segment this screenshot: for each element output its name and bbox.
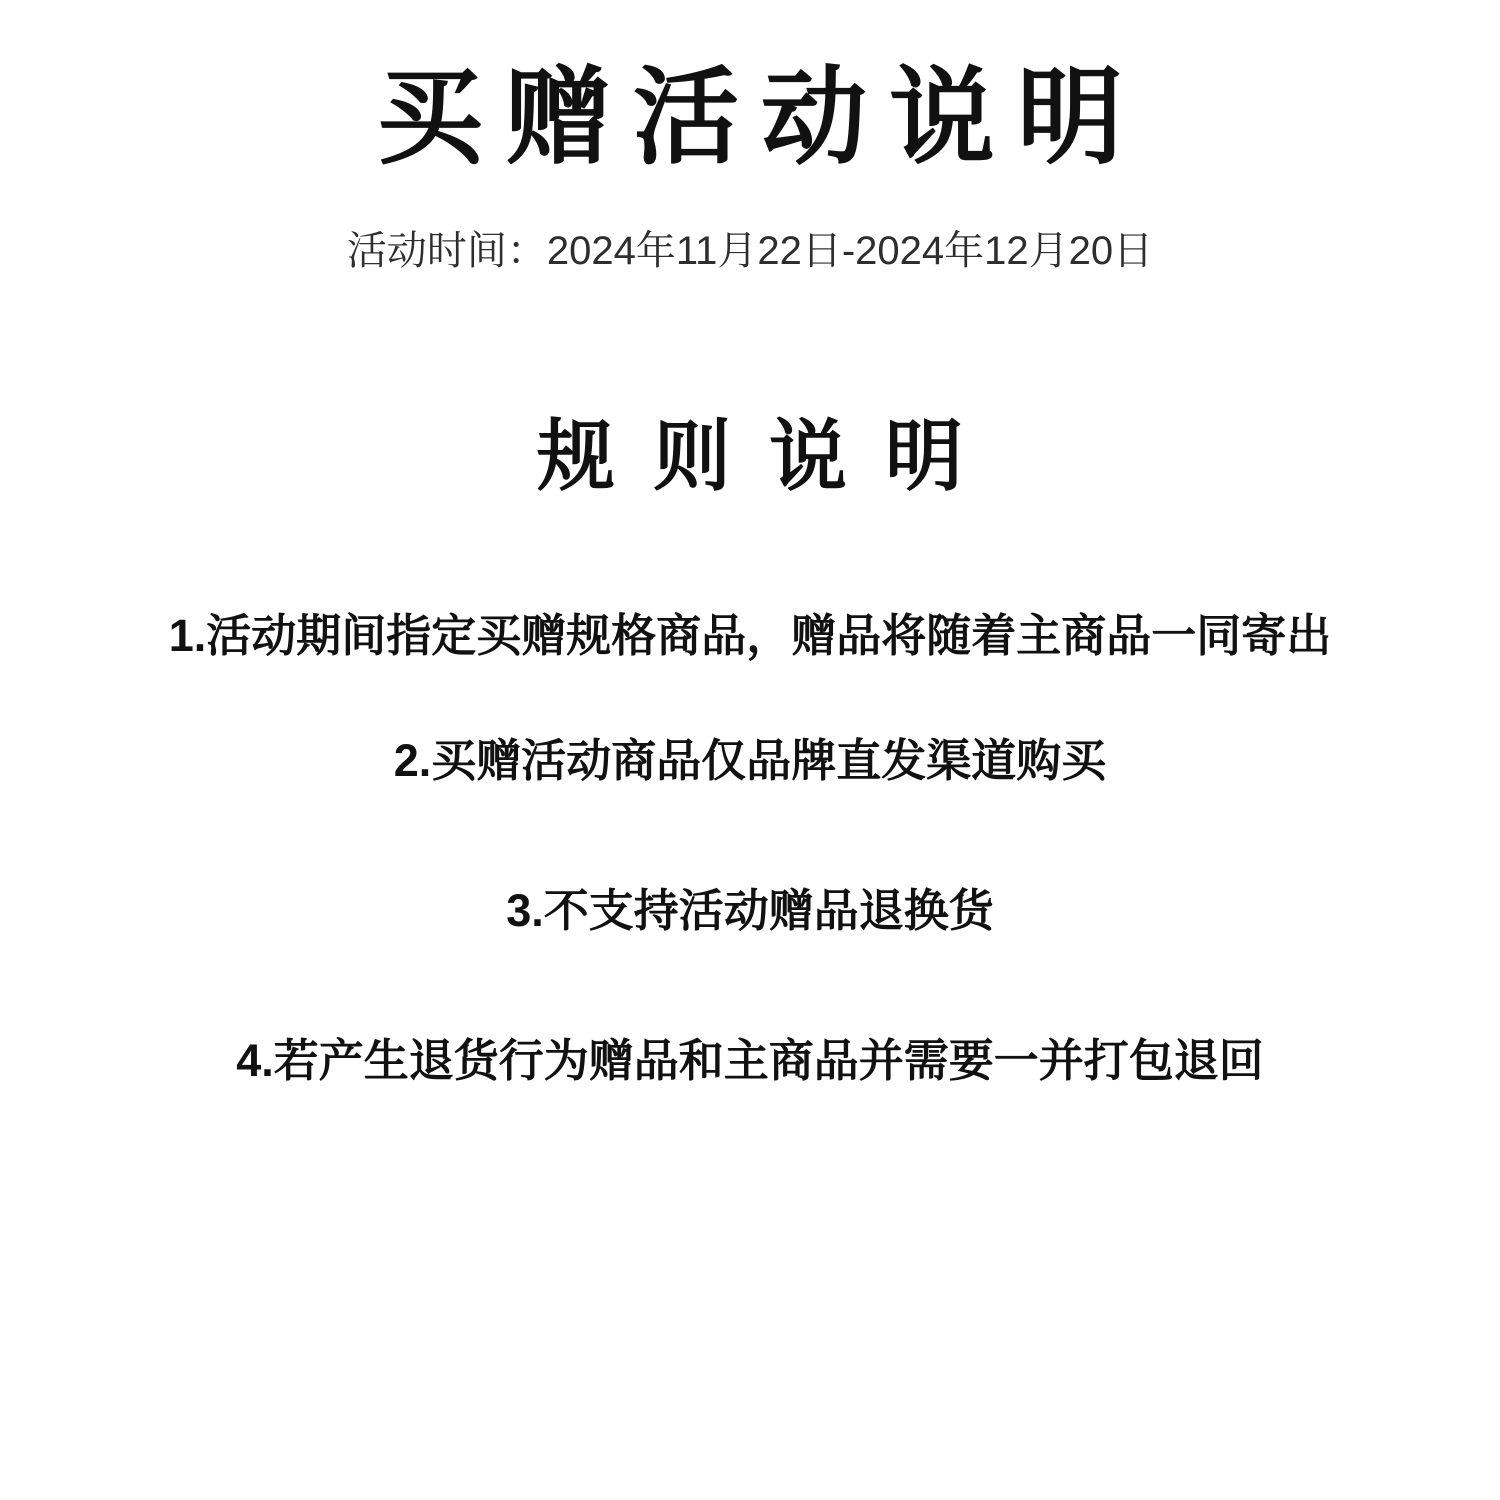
- promo-notice-page: 买赠活动说明 活动时间：2024年11月22日-2024年12月20日 规则说明…: [0, 0, 1500, 1500]
- rule-item: 4.若产生退货行为赠品和主商品并需要一并打包退回: [0, 1034, 1500, 1088]
- rules-heading: 规则说明: [499, 410, 1001, 504]
- event-time: 活动时间：2024年11月22日-2024年12月20日: [347, 227, 1153, 275]
- rules-list: 1.活动期间指定买赠规格商品，赠品将随着主商品一同寄出 2.买赠活动商品仅品牌直…: [0, 504, 1500, 1088]
- rule-item: 3.不支持活动赠品退换货: [0, 884, 1500, 938]
- rule-item: 2.买赠活动商品仅品牌直发渠道购买: [0, 734, 1500, 788]
- page-title: 买赠活动说明: [355, 55, 1145, 182]
- rule-item: 1.活动期间指定买赠规格商品，赠品将随着主商品一同寄出: [0, 609, 1500, 663]
